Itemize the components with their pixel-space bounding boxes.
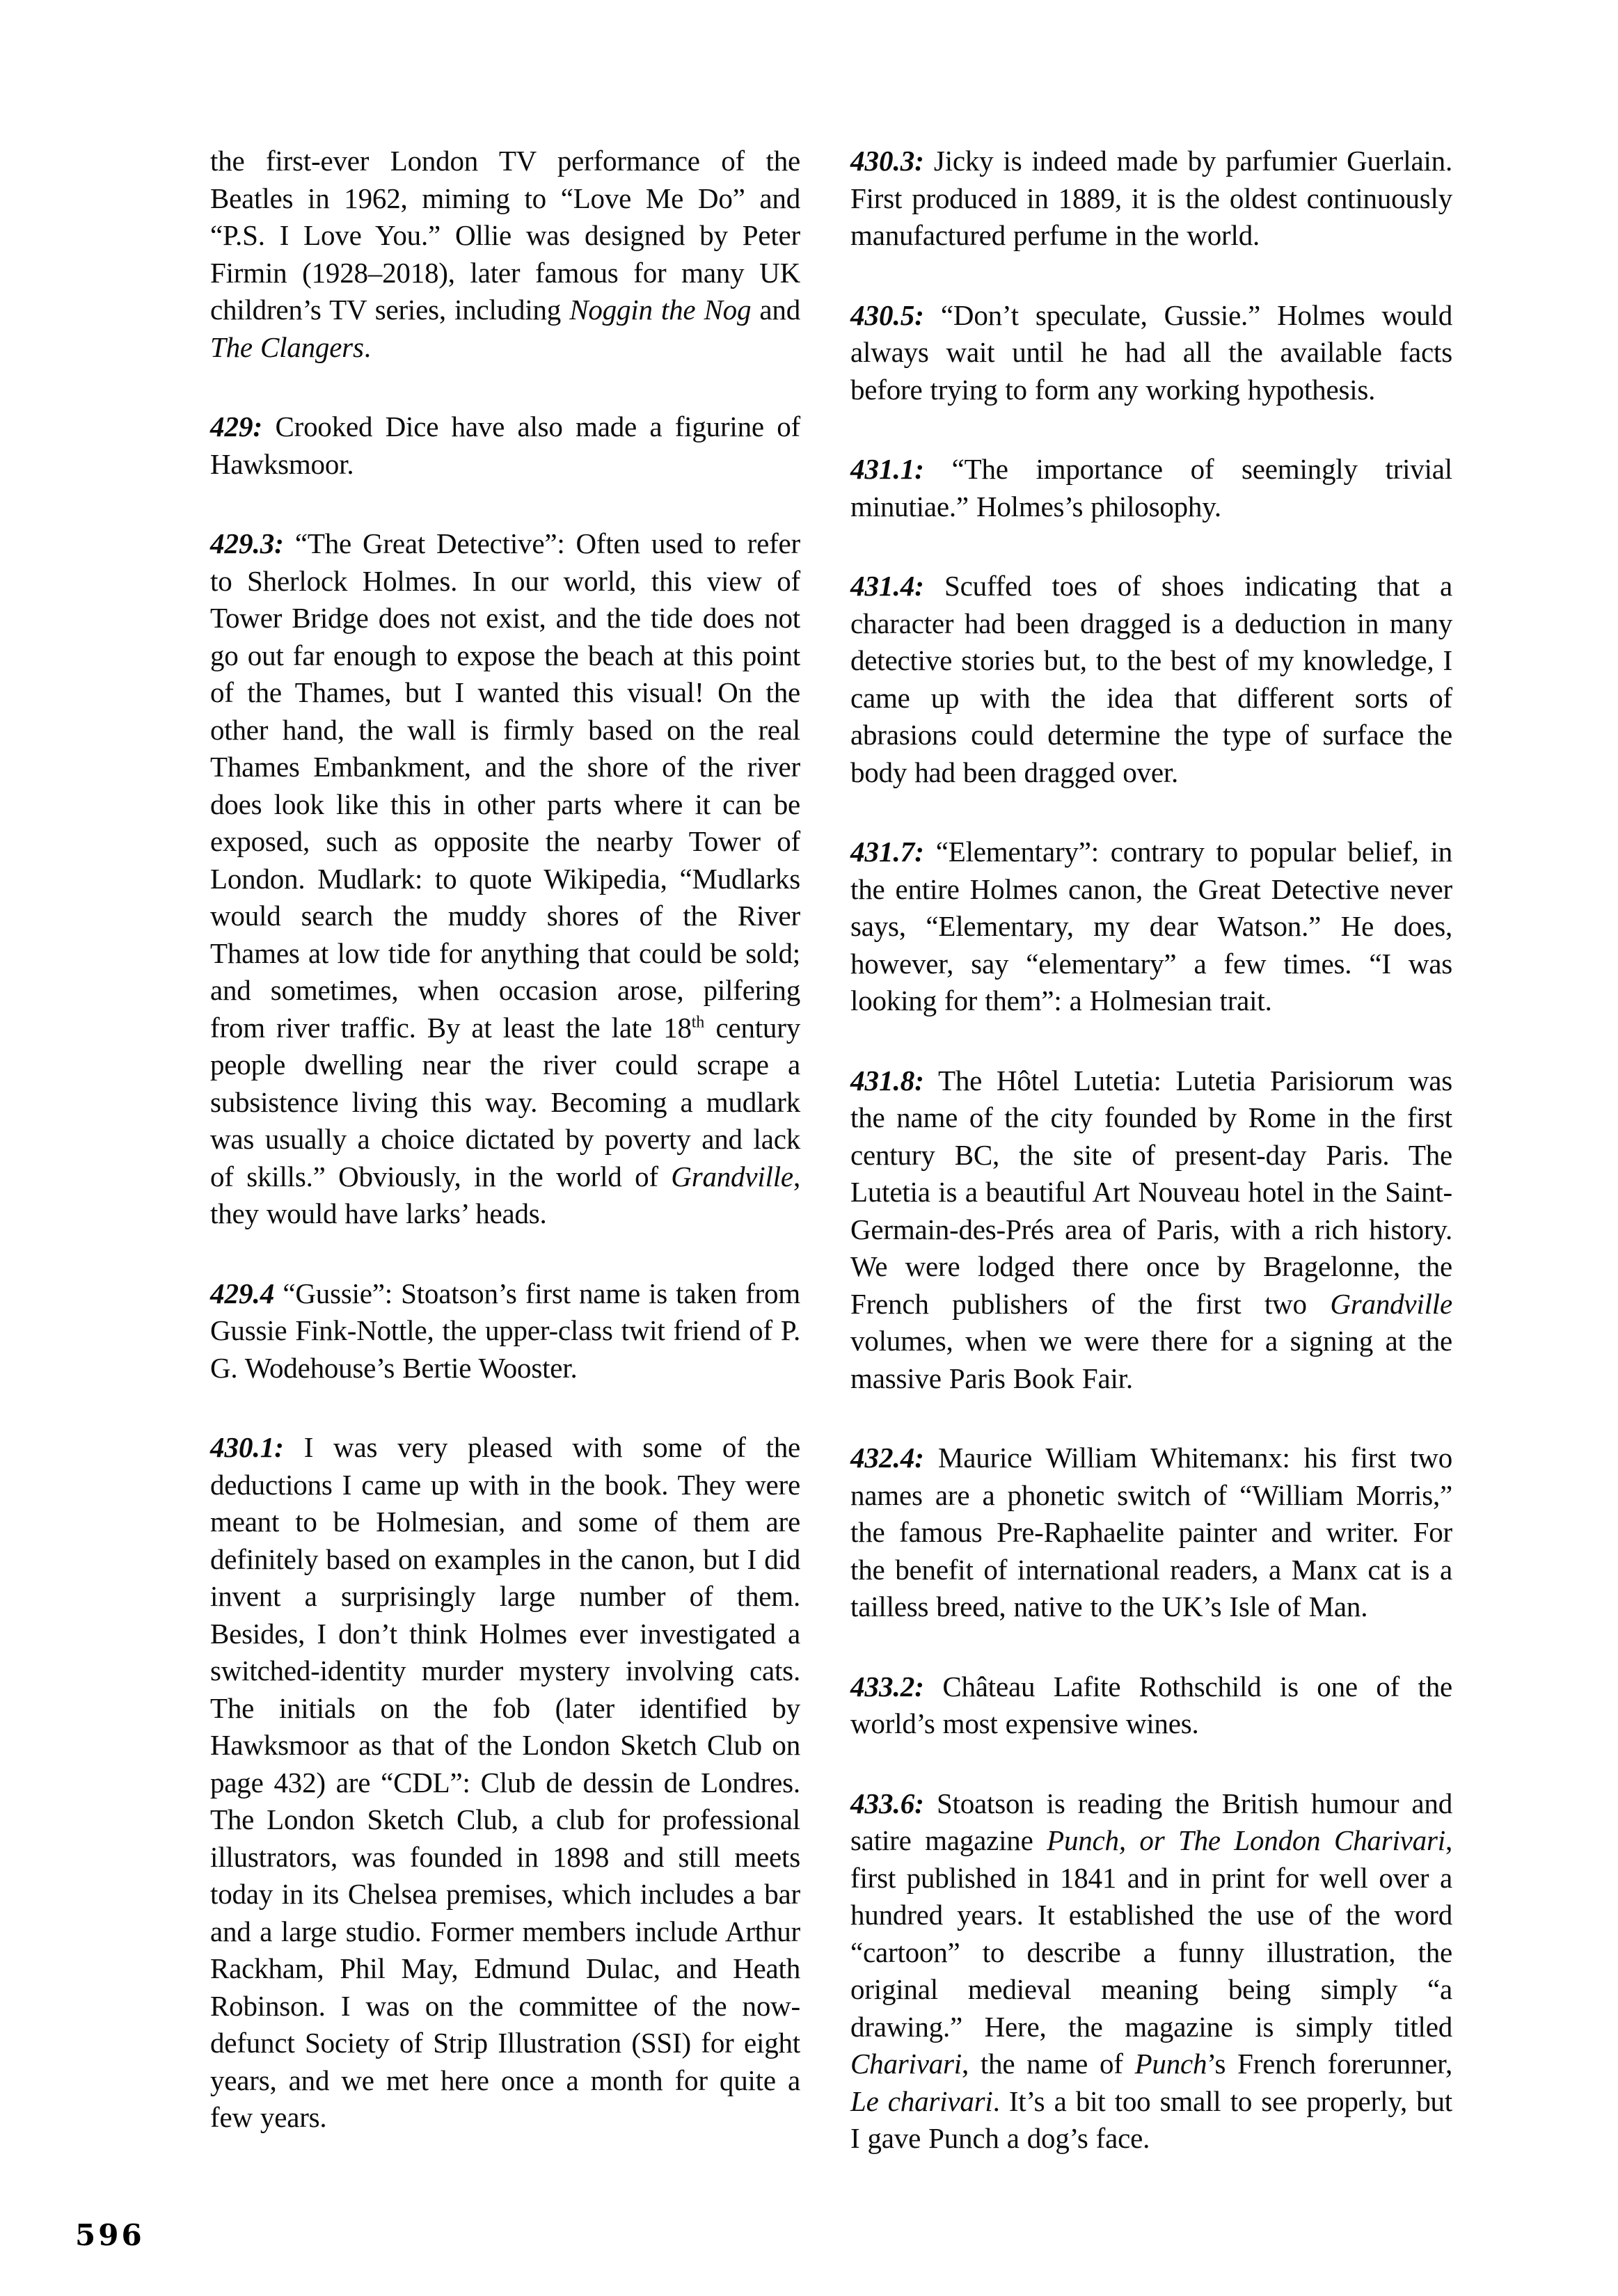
note-number: 430.1: — [210, 1431, 284, 1463]
text-segment: volumes, when we were there for a signin… — [850, 1325, 1452, 1394]
text-segment: th — [692, 1013, 705, 1031]
text-segment: Crooked Dice have also made a figurine o… — [210, 410, 800, 480]
note-number: 431.1: — [850, 453, 924, 485]
text-segment: Grandville — [1330, 1288, 1452, 1320]
note-433-6: 433.6: Stoatson is reading the British h… — [850, 1785, 1452, 2158]
note-430-1: 430.1: I was very pleased with some of t… — [210, 1429, 800, 2137]
note-429: 429: Crooked Dice have also made a figur… — [210, 408, 800, 483]
note-430-3: 430.3: Jicky is indeed made by parfumier… — [850, 143, 1452, 255]
text-segment: Château Lafite Rothschild is one of the … — [850, 1671, 1452, 1740]
note-number: 433.6: — [850, 1787, 924, 1819]
text-segment: “The importance of seemingly trivial min… — [850, 453, 1452, 523]
text-segment: Punch, or The London Charivari — [1047, 1824, 1445, 1856]
text-segment: Scuffed toes of shoes indicating that a … — [850, 570, 1452, 788]
text-segment: , first published in 1841 and in print f… — [850, 1824, 1452, 2043]
note-432-4: 432.4: Maurice William Whitemanx: his fi… — [850, 1440, 1452, 1626]
note-number: 431.7: — [850, 836, 924, 868]
continued-note: the first-ever London TV performance of … — [210, 143, 800, 366]
text-segment: “Don’t speculate, Gussie.” Holmes would … — [850, 299, 1452, 406]
note-431-7: 431.7: “Elementary”: contrary to popular… — [850, 834, 1452, 1020]
note-429-4: 429.4 “Gussie”: Stoatson’s first name is… — [210, 1275, 800, 1387]
notes-column-left: the first-ever London TV performance of … — [210, 143, 800, 2137]
text-segment: . — [364, 331, 371, 363]
note-number: 433.2: — [850, 1671, 924, 1703]
note-431-1: 431.1: “The importance of seemingly triv… — [850, 451, 1452, 525]
note-number: 429.4 — [210, 1277, 274, 1309]
note-number: 430.3: — [850, 145, 924, 177]
book-page: the first-ever London TV performance of … — [0, 0, 1618, 2296]
text-segment: Grandville — [671, 1161, 793, 1193]
text-segment: Maurice William Whitemanx: his first two… — [850, 1442, 1452, 1623]
text-segment: , the name of — [962, 2048, 1135, 2080]
text-segment: I was very pleased with some of the dedu… — [210, 1431, 800, 2133]
text-segment: “Gussie”: Stoatson’s first name is taken… — [210, 1277, 800, 1384]
note-number: 431.8: — [850, 1065, 924, 1097]
text-segment: Noggin the Nog — [569, 294, 751, 326]
note-number: 431.4: — [850, 570, 924, 602]
note-number: 429.3: — [210, 527, 284, 559]
text-segment: Jicky is indeed made by parfumier Guerla… — [850, 145, 1452, 251]
note-433-2: 433.2: Château Lafite Rothschild is one … — [850, 1668, 1452, 1743]
text-segment: Punch — [1135, 2048, 1207, 2080]
text-segment: The Clangers — [210, 331, 364, 363]
text-segment: Le charivari — [850, 2085, 993, 2117]
text-segment: ’s French forerunner, — [1207, 2048, 1452, 2080]
page-number: 596 — [75, 2218, 145, 2252]
note-number: 432.4: — [850, 1442, 924, 1474]
text-segment: The Hôtel Lutetia: Lutetia Parisiorum wa… — [850, 1065, 1452, 1320]
text-segment: Charivari — [850, 2048, 962, 2080]
note-number: 429: — [210, 410, 262, 443]
note-number: 430.5: — [850, 299, 924, 331]
note-431-8: 431.8: The Hôtel Lutetia: Lutetia Parisi… — [850, 1062, 1452, 1398]
note-431-4: 431.4: Scuffed toes of shoes indicating … — [850, 568, 1452, 791]
notes-column-right: 430.3: Jicky is indeed made by parfumier… — [850, 143, 1452, 2158]
note-429-3: 429.3: “The Great Detective”: Often used… — [210, 525, 800, 1233]
note-430-5: 430.5: “Don’t speculate, Gussie.” Holmes… — [850, 297, 1452, 409]
text-segment: and — [751, 294, 800, 326]
text-segment: “The Great Detective”: Often used to ref… — [210, 527, 800, 1044]
text-segment: “Elementary”: contrary to popular belief… — [850, 836, 1452, 1017]
